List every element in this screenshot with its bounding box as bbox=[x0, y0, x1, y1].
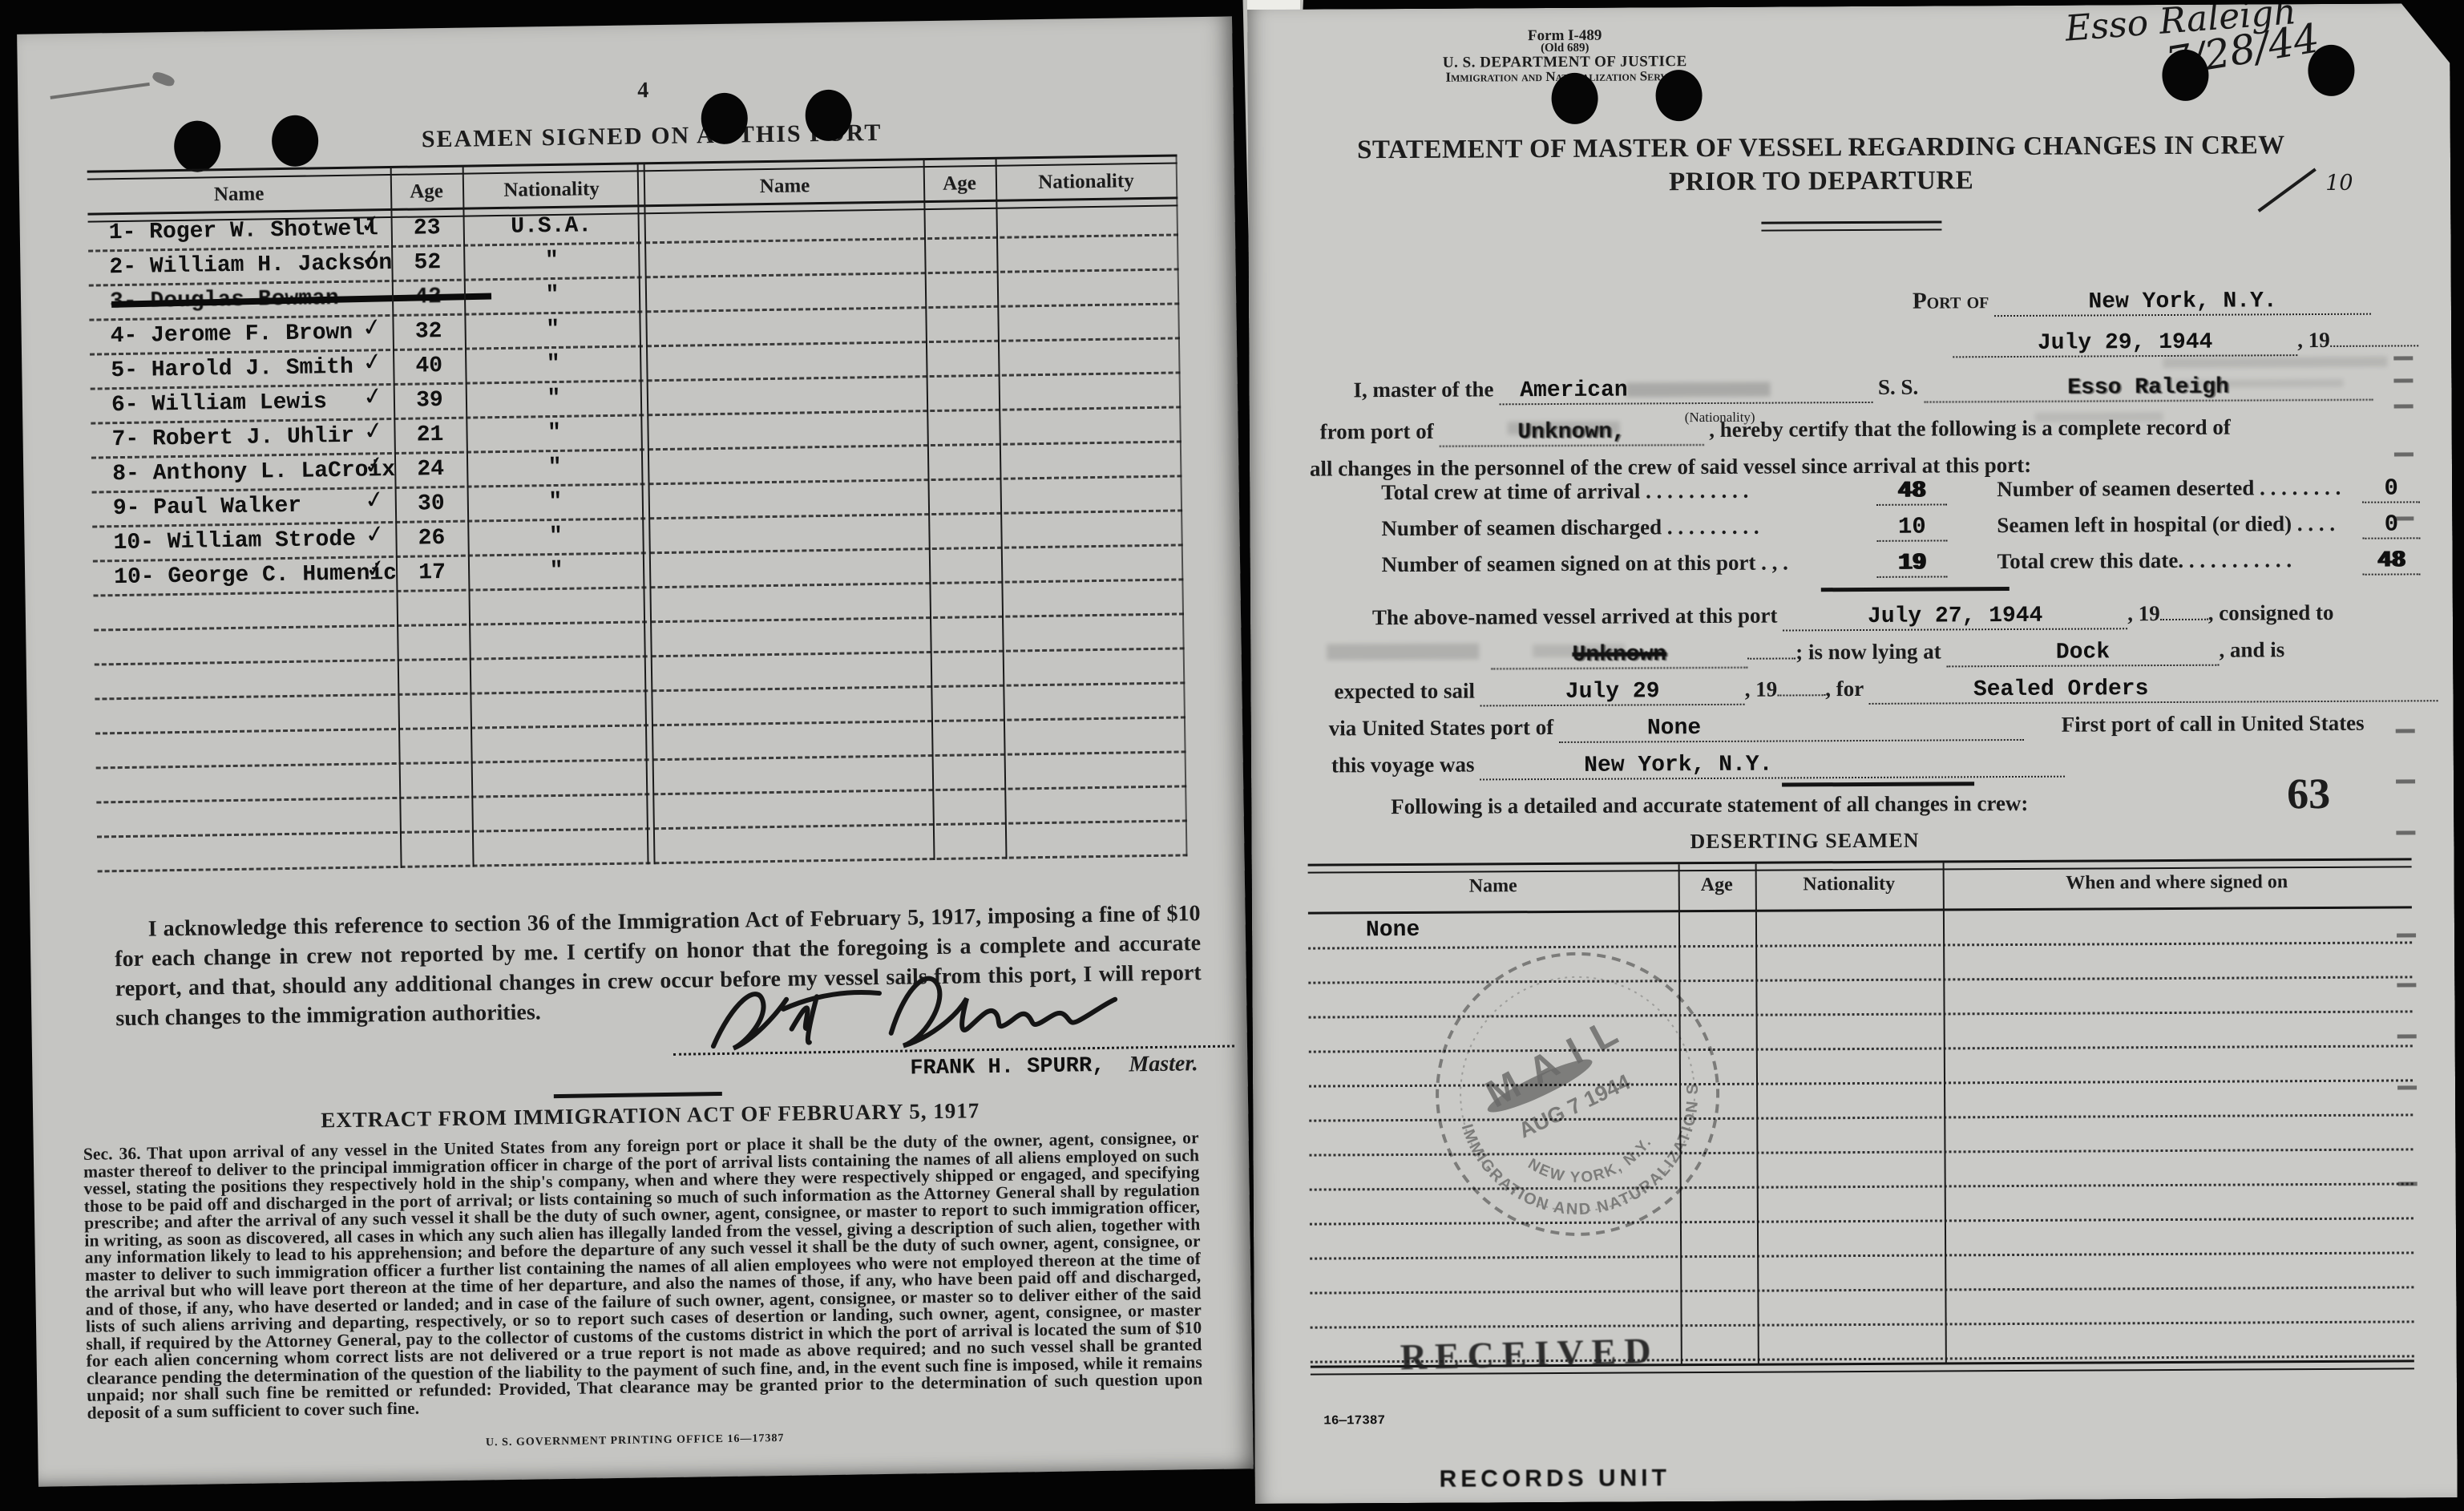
first-port-field: New York, N.Y. bbox=[1480, 752, 2065, 781]
crew-nationality: " bbox=[467, 523, 644, 550]
form-title-line1: STATEMENT OF MASTER OF VESSEL REGARDING … bbox=[1357, 131, 2285, 165]
page-stamp-number: 63 bbox=[2287, 769, 2330, 818]
handwritten-checkmark: ✓ bbox=[361, 347, 385, 378]
crew-body-a: 1- Roger W. Shotwell✓23U.S.A.2- William … bbox=[88, 209, 651, 872]
ink-bleed-mark bbox=[1327, 643, 1479, 660]
stat-row: Total crew this date. . . . . . . . . . … bbox=[1250, 547, 2453, 585]
desert-col-header: Age bbox=[1701, 875, 1733, 896]
following-line: Following is a detailed and accurate sta… bbox=[1391, 791, 2028, 819]
crew-age: 52 bbox=[391, 250, 463, 276]
desert-col-header: Nationality bbox=[1803, 874, 1895, 896]
crew-age: 23 bbox=[391, 216, 463, 241]
margin-dash-mark bbox=[2393, 378, 2413, 382]
margin-dash-mark bbox=[2396, 779, 2415, 783]
lying-at-field: Dock bbox=[1946, 640, 2219, 668]
crew-name: 2- William H. Jackson bbox=[109, 251, 392, 280]
destination-field: Sealed Orders bbox=[1869, 676, 2438, 705]
col-header-name-2: Name bbox=[760, 175, 810, 198]
date-line: July 29, 1944, 19 bbox=[1953, 327, 2418, 358]
port-field: New York, N.Y. bbox=[1994, 289, 2371, 317]
punch-hole bbox=[1655, 70, 1702, 121]
col-header-age-2: Age bbox=[943, 172, 976, 196]
arrival-line1: The above-named vessel arrived at this p… bbox=[1372, 600, 2334, 633]
margin-dash-mark bbox=[2394, 404, 2414, 408]
handwritten-checkmark: ✓ bbox=[362, 485, 386, 515]
crew-age: 40 bbox=[393, 354, 465, 379]
pencil-scuff bbox=[50, 83, 149, 99]
divider-rule bbox=[554, 1092, 722, 1098]
crew-nationality: " bbox=[468, 557, 644, 584]
crew-row bbox=[654, 822, 1188, 864]
arrival-line5: this voyage was New York, N.Y. bbox=[1331, 749, 2065, 782]
crew-nationality: " bbox=[466, 419, 642, 446]
margin-dash-mark bbox=[2397, 1034, 2417, 1038]
stat-label: Seamen left in hospital (or died) . . . … bbox=[1997, 511, 2335, 538]
scanned-document: 4 SEAMEN SIGNED ON AT THIS PORT Name Age… bbox=[0, 0, 2464, 1511]
crew-name: 10- William Strode bbox=[113, 527, 356, 556]
margin-dash-mark bbox=[2396, 830, 2415, 834]
ink-bleed-mark bbox=[2035, 412, 2163, 422]
crew-name: 10- George C. Humenic bbox=[114, 561, 397, 590]
handwritten-checkmark: ✓ bbox=[361, 382, 385, 412]
sail-date-field: July 29 bbox=[1480, 680, 1745, 707]
ss-label: S. S. bbox=[1878, 375, 1918, 399]
ink-bleed-mark bbox=[2175, 379, 2343, 388]
desert-col-header: Name bbox=[1469, 875, 1517, 897]
form-footer-number: 16—17387 bbox=[1323, 1413, 1385, 1428]
crew-nationality: " bbox=[463, 247, 640, 274]
handwritten-checkmark: ✓ bbox=[364, 554, 388, 584]
col-header-age: Age bbox=[410, 180, 443, 204]
date-field: July 29, 1944 bbox=[1953, 330, 2297, 358]
margin-dash-mark bbox=[2394, 516, 2414, 520]
arrival-line4: via United States port of None First por… bbox=[1329, 711, 2365, 745]
deserting-title: DESERTING SEAMEN bbox=[1690, 829, 1919, 854]
crew-age: 17 bbox=[396, 560, 468, 586]
punch-hole bbox=[2162, 50, 2208, 101]
crew-nationality: U.S.A. bbox=[463, 212, 640, 240]
crew-nationality: " bbox=[465, 350, 641, 378]
stat-row: Seamen left in hospital (or died) . . . … bbox=[1250, 511, 2452, 549]
handwritten-checkmark: ✓ bbox=[362, 450, 386, 481]
extract-text: Sec. 36. That upon arrival of any vessel… bbox=[83, 1129, 1203, 1422]
desert-col-header: When and where signed on bbox=[2066, 871, 2288, 894]
punch-hole bbox=[1551, 73, 1598, 124]
arrived-date-field: July 27, 1944 bbox=[1783, 604, 2127, 631]
margin-dash-mark bbox=[2397, 1085, 2417, 1089]
page-number: 4 bbox=[637, 78, 648, 103]
via-port-field: None bbox=[1559, 715, 2024, 743]
punch-hole bbox=[174, 120, 221, 172]
crew-nationality: " bbox=[464, 316, 640, 343]
crew-age: 32 bbox=[392, 319, 464, 345]
margin-dash-mark bbox=[2397, 983, 2416, 987]
stat-value: 0 bbox=[2362, 511, 2420, 539]
margin-dash-mark bbox=[2398, 1182, 2418, 1186]
handwritten-checkmark: ✓ bbox=[363, 519, 387, 550]
crew-age: 30 bbox=[395, 491, 467, 517]
ink-bleed-mark bbox=[2163, 357, 2387, 368]
port-label: Port of bbox=[1913, 288, 1989, 313]
crew-name: 6- William Lewis bbox=[111, 390, 327, 418]
extract-heading: EXTRACT FROM IMMIGRATION ACT OF FEBRUARY… bbox=[321, 1098, 980, 1133]
crew-name: 5- Harold J. Smith bbox=[111, 355, 353, 383]
crew-body-b bbox=[644, 201, 1187, 864]
port-line: Port of New York, N.Y. bbox=[1913, 286, 2371, 317]
desert-row: None bbox=[1308, 909, 2412, 949]
handwritten-checkmark: ✓ bbox=[359, 244, 383, 274]
left-page: 4 SEAMEN SIGNED ON AT THIS PORT Name Age… bbox=[17, 16, 1254, 1486]
crew-age: 26 bbox=[395, 526, 467, 551]
ink-bleed-mark bbox=[1533, 644, 1625, 658]
mail-receipt-stamp: MAIL AUG 7 1944 IMMIGRATION AND NATURALI… bbox=[1400, 917, 1755, 1271]
pen-slash bbox=[2258, 168, 2317, 212]
arrival-line3: expected to sail July 29, 19, for Sealed… bbox=[1334, 673, 2438, 707]
crew-name: 8- Anthony L. LaCroix bbox=[112, 458, 395, 487]
handwritten-checkmark: ✓ bbox=[362, 416, 386, 446]
received-stamp: RECEIVED bbox=[1400, 1329, 1659, 1378]
col-header-nationality: Nationality bbox=[503, 178, 600, 202]
crew-name: 7- Robert J. Uhlir bbox=[111, 424, 354, 452]
crew-age: 24 bbox=[394, 457, 467, 483]
ink-bleed-mark bbox=[1626, 382, 1770, 398]
desert-row bbox=[1310, 1288, 2414, 1328]
margin-dash-mark bbox=[2396, 729, 2415, 733]
stat-row: Number of seamen deserted . . . . . . . … bbox=[1250, 475, 2452, 513]
right-page: Esso Raleigh 7/28/44 Form I-489 (Old 689… bbox=[1247, 3, 2458, 1504]
from-port-label: from port of bbox=[1320, 419, 1434, 444]
records-unit-stamp: RECORDS UNIT bbox=[1440, 1465, 1671, 1493]
col-header-name: Name bbox=[214, 183, 265, 206]
crew-nationality: " bbox=[467, 454, 643, 481]
year-blank bbox=[2330, 345, 2418, 347]
divider-rule bbox=[1821, 587, 2010, 592]
printer-line: U. S. GOVERNMENT PRINTING OFFICE 16—1738… bbox=[486, 1432, 785, 1450]
stat-value: 48 bbox=[2363, 547, 2421, 575]
stat-label: Total crew this date. . . . . . . . . . … bbox=[1997, 547, 2292, 574]
crew-nationality: " bbox=[466, 385, 642, 412]
handwritten-checkmark: ✓ bbox=[358, 209, 382, 240]
certify-lead: I, master of the bbox=[1353, 377, 1493, 402]
certify-line1: I, master of the American S. S. Esso Ral… bbox=[1353, 373, 2373, 406]
signature-name: FRANK H. SPURR, bbox=[910, 1054, 1105, 1081]
margin-dash-mark bbox=[2393, 356, 2413, 360]
stat-label: Number of seamen deserted . . . . . . . … bbox=[1997, 475, 2341, 502]
margin-dash-mark bbox=[2394, 452, 2414, 456]
table-rule bbox=[87, 154, 1177, 180]
punch-hole bbox=[2308, 45, 2354, 96]
col-header-nationality-2: Nationality bbox=[1038, 170, 1134, 194]
crew-name: 1- Roger W. Shotwell bbox=[109, 216, 378, 245]
punch-hole bbox=[272, 115, 319, 167]
crew-name: 4- Jerome F. Brown bbox=[110, 321, 353, 349]
stat-value: 0 bbox=[2362, 475, 2420, 503]
signature-title: Master. bbox=[1129, 1051, 1198, 1077]
margin-dash-mark bbox=[2397, 933, 2416, 937]
handwritten-checkmark: ✓ bbox=[360, 313, 384, 343]
divider-rule bbox=[1782, 782, 1974, 786]
crew-name: 9- Paul Walker bbox=[113, 494, 302, 521]
crew-nationality: " bbox=[467, 488, 644, 515]
ink-bleed-mark bbox=[1508, 422, 1620, 435]
title-rule bbox=[1761, 220, 1941, 231]
crew-age: 39 bbox=[394, 388, 466, 414]
crew-age: 21 bbox=[394, 422, 466, 448]
form-title-line2: PRIOR TO DEPARTURE bbox=[1669, 166, 1973, 197]
desert-name: None bbox=[1366, 918, 1420, 943]
crew-row bbox=[97, 830, 651, 872]
pencil-scuff bbox=[151, 71, 176, 88]
